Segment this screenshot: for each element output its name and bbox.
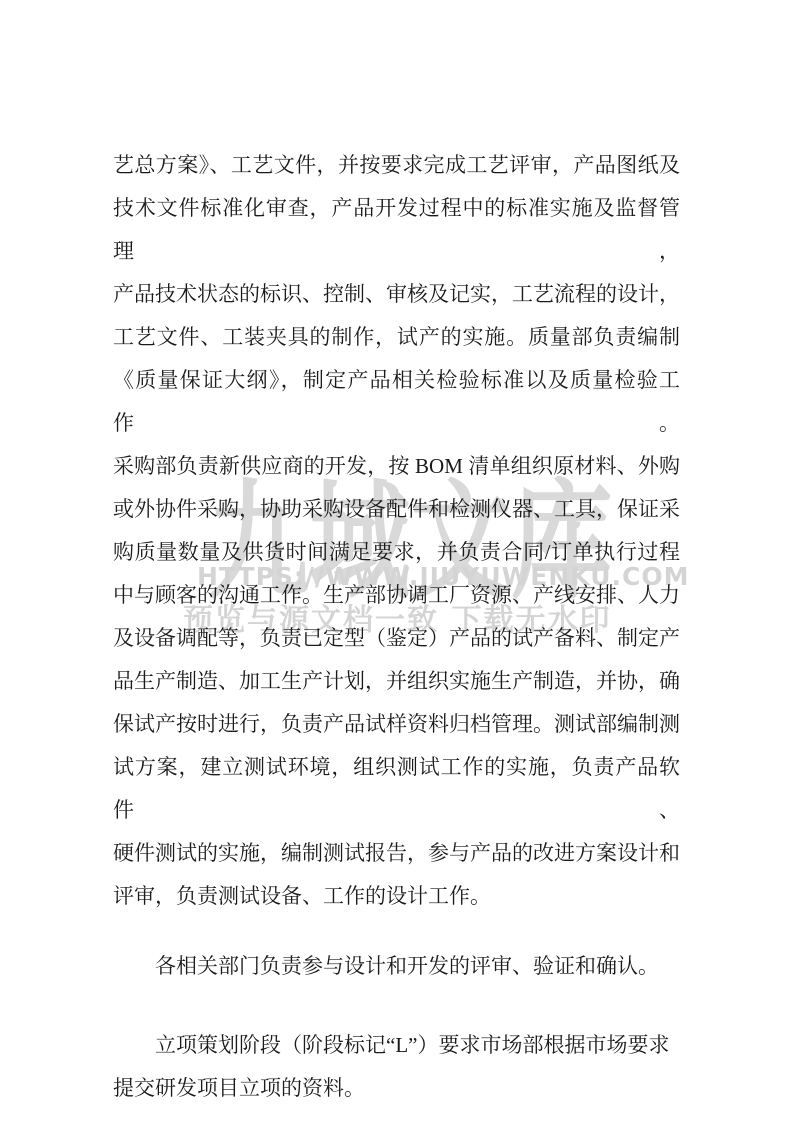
paragraph1-line: 产品技术状态的标识、控制、审核及记实，工艺流程的设计， xyxy=(113,273,680,316)
paragraph1-line: 及设备调配等，负责已定型（鉴定）产品的试产备料、制定产 xyxy=(113,617,680,660)
paragraph1-line: 硬件测试的实施，编制测试报告，参与产品的改进方案设计和 xyxy=(113,832,680,875)
paragraph2-line: 各相关部门负责参与设计和开发的评审、验证和确认。 xyxy=(113,945,680,988)
document-body: 艺总方案》、工艺文件，并按要求完成工艺评审，产品图纸及 技术文件标准化审查，产品… xyxy=(113,144,680,1110)
paragraph1-line: 技术文件标准化审查，产品开发过程中的标准实施及监督管理， xyxy=(113,187,680,273)
paragraph1-line: 购质量数量及供货时间满足要求，并负责合同/订单执行过程 xyxy=(113,531,680,574)
paragraph1-line: 评审，负责测试设备、工作的设计工作。 xyxy=(113,875,680,918)
paragraph1-line: 工艺文件、工装夹具的制作，试产的实施。质量部负责编制 xyxy=(113,316,680,359)
paragraph1-line: 艺总方案》、工艺文件，并按要求完成工艺评审，产品图纸及 xyxy=(113,144,680,187)
paragraph1-line: 保试产按时进行，负责产品试样资料归档管理。测试部编制测 xyxy=(113,703,680,746)
paragraph1-line: 《质量保证大纲》，制定产品相关检验标准以及质量检验工作。 xyxy=(113,359,680,445)
document-page: 九域文库 HTTPS://WWW.JIUYUWENKU.COM 预览与源文档一致… xyxy=(0,0,793,1122)
paragraph1-line: 或外协件采购，协助采购设备配件和检测仪器、工具，保证采 xyxy=(113,488,680,531)
paragraph1-line: 中与顾客的沟通工作。生产部协调工厂资源、产线安排、人力 xyxy=(113,574,680,617)
paragraph3-line: 立项策划阶段（阶段标记“L”）要求市场部根据市场要求 xyxy=(113,1024,680,1067)
paragraph1-line: 试方案，建立测试环境，组织测试工作的实施，负责产品软件、 xyxy=(113,746,680,832)
paragraph1-line: 采购部负责新供应商的开发，按 BOM 清单组织原材料、外购 xyxy=(113,445,680,488)
paragraph1-line: 品生产制造、加工生产计划，并组织实施生产制造，并协，确 xyxy=(113,660,680,703)
paragraph3-line: 提交研发项目立项的资料。 xyxy=(113,1067,680,1110)
